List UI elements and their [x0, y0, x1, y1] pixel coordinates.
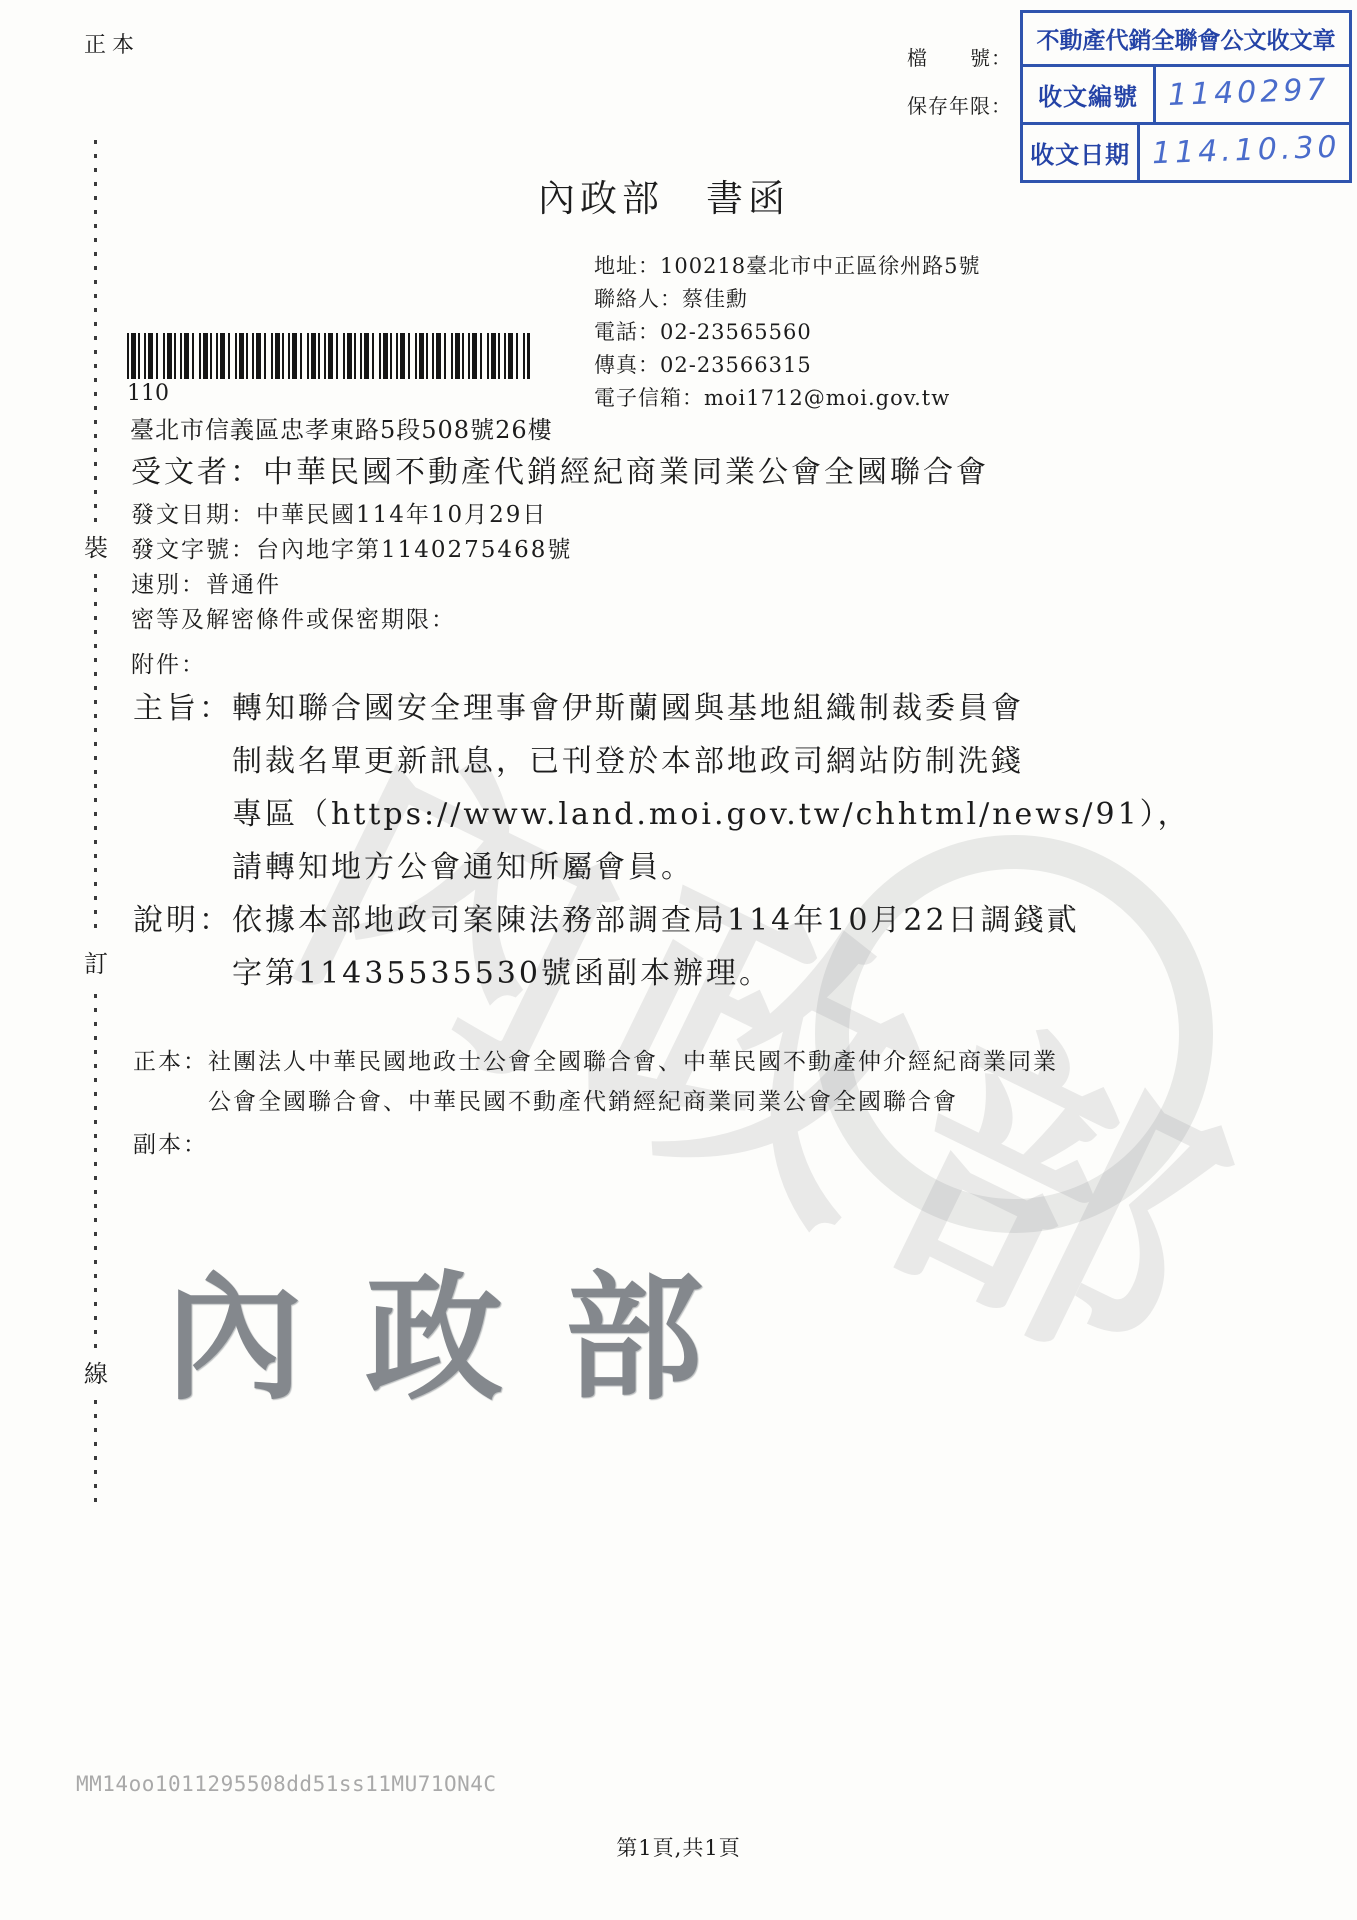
barcode	[127, 333, 530, 379]
binding-char-ding: 訂	[80, 938, 112, 985]
receipt-date-row: 收文日期 114.10.30	[1023, 122, 1349, 180]
document-metadata: 發文日期：中華民國114年10月29日 發文字號：台內地字第1140275468…	[131, 498, 572, 683]
binding-char-xian: 線	[80, 1348, 112, 1395]
retention-period-label: 保存年限：	[830, 82, 1012, 130]
document-page: 內政部 正本 檔 號： 保存年限： 不動產代銷全聯會公文收文章 收文編號 114…	[0, 0, 1357, 1920]
receipt-number-value: 1140297	[1155, 64, 1350, 126]
file-number-label: 檔 號：	[830, 34, 1012, 82]
subject-paragraph: 主旨：轉知聯合國安全理事會伊斯蘭國與基地組織制裁委員會 制裁名單更新訊息，已刊登…	[133, 682, 1192, 894]
recipient-line: 受文者：中華民國不動產代銷經紀商業同業公會全國聯合會	[131, 447, 989, 491]
sender-address: 地址：100218臺北市中正區徐州路5號	[594, 250, 981, 283]
attachment-label: 附件：	[131, 648, 572, 683]
recipient-address: 臺北市信義區忠孝東路5段508號26樓	[130, 410, 553, 445]
receipt-stamp-title: 不動產代銷全聯會公文收文章	[1023, 13, 1349, 67]
receipt-date-label: 收文日期	[1023, 125, 1140, 180]
cc-label: 副本：	[133, 1126, 208, 1159]
sender-phone: 電話：02-23565560	[594, 316, 981, 349]
speed-class: 速別：普通件	[131, 568, 572, 603]
sender-email: 電子信箱：moi1712@moi.gov.tw	[594, 382, 981, 415]
page-number-footer: 第1頁,共1頁	[0, 1832, 1357, 1862]
sender-fax: 傳真：02-23566315	[594, 349, 981, 382]
document-title: 內政部 書函	[538, 168, 790, 222]
receipt-number-label: 收文編號	[1023, 67, 1156, 122]
document-number: 發文字號：台內地字第1140275468號	[131, 533, 572, 568]
binding-dotted-line	[94, 140, 97, 1512]
security-class: 密等及解密條件或保密期限：	[131, 603, 572, 638]
receipt-date-value: 114.10.30	[1139, 121, 1349, 183]
barcode-postal-code: 110	[127, 381, 169, 406]
copy-type-label: 正本	[84, 28, 140, 59]
sender-contact: 聯絡人：蔡佳勳	[594, 283, 981, 316]
file-number-labels: 檔 號： 保存年限：	[830, 34, 1012, 130]
receipt-number-row: 收文編號 1140297	[1023, 67, 1349, 122]
sender-info-block: 地址：100218臺北市中正區徐州路5號 聯絡人：蔡佳勳 電話：02-23565…	[594, 250, 981, 415]
document-code: MM14oo1011295508dd51ss11MU71ON4C	[76, 1772, 497, 1796]
receipt-stamp-box: 不動產代銷全聯會公文收文章 收文編號 1140297 收文日期 114.10.3…	[1020, 10, 1352, 183]
explanation-paragraph: 說明：依據本部地政司案陳法務部調查局114年10月22日調錢貳 字第114355…	[133, 894, 1192, 1000]
binding-char-zhuang: 裝	[80, 522, 112, 569]
agency-stamp: 內政部	[165, 1228, 765, 1426]
issue-date: 發文日期：中華民國114年10月29日	[131, 498, 572, 533]
original-recipients: 正本：社團法人中華民國地政士公會全國聯合會、中華民國不動產仲介經紀商業同業 公會…	[133, 1042, 1208, 1122]
